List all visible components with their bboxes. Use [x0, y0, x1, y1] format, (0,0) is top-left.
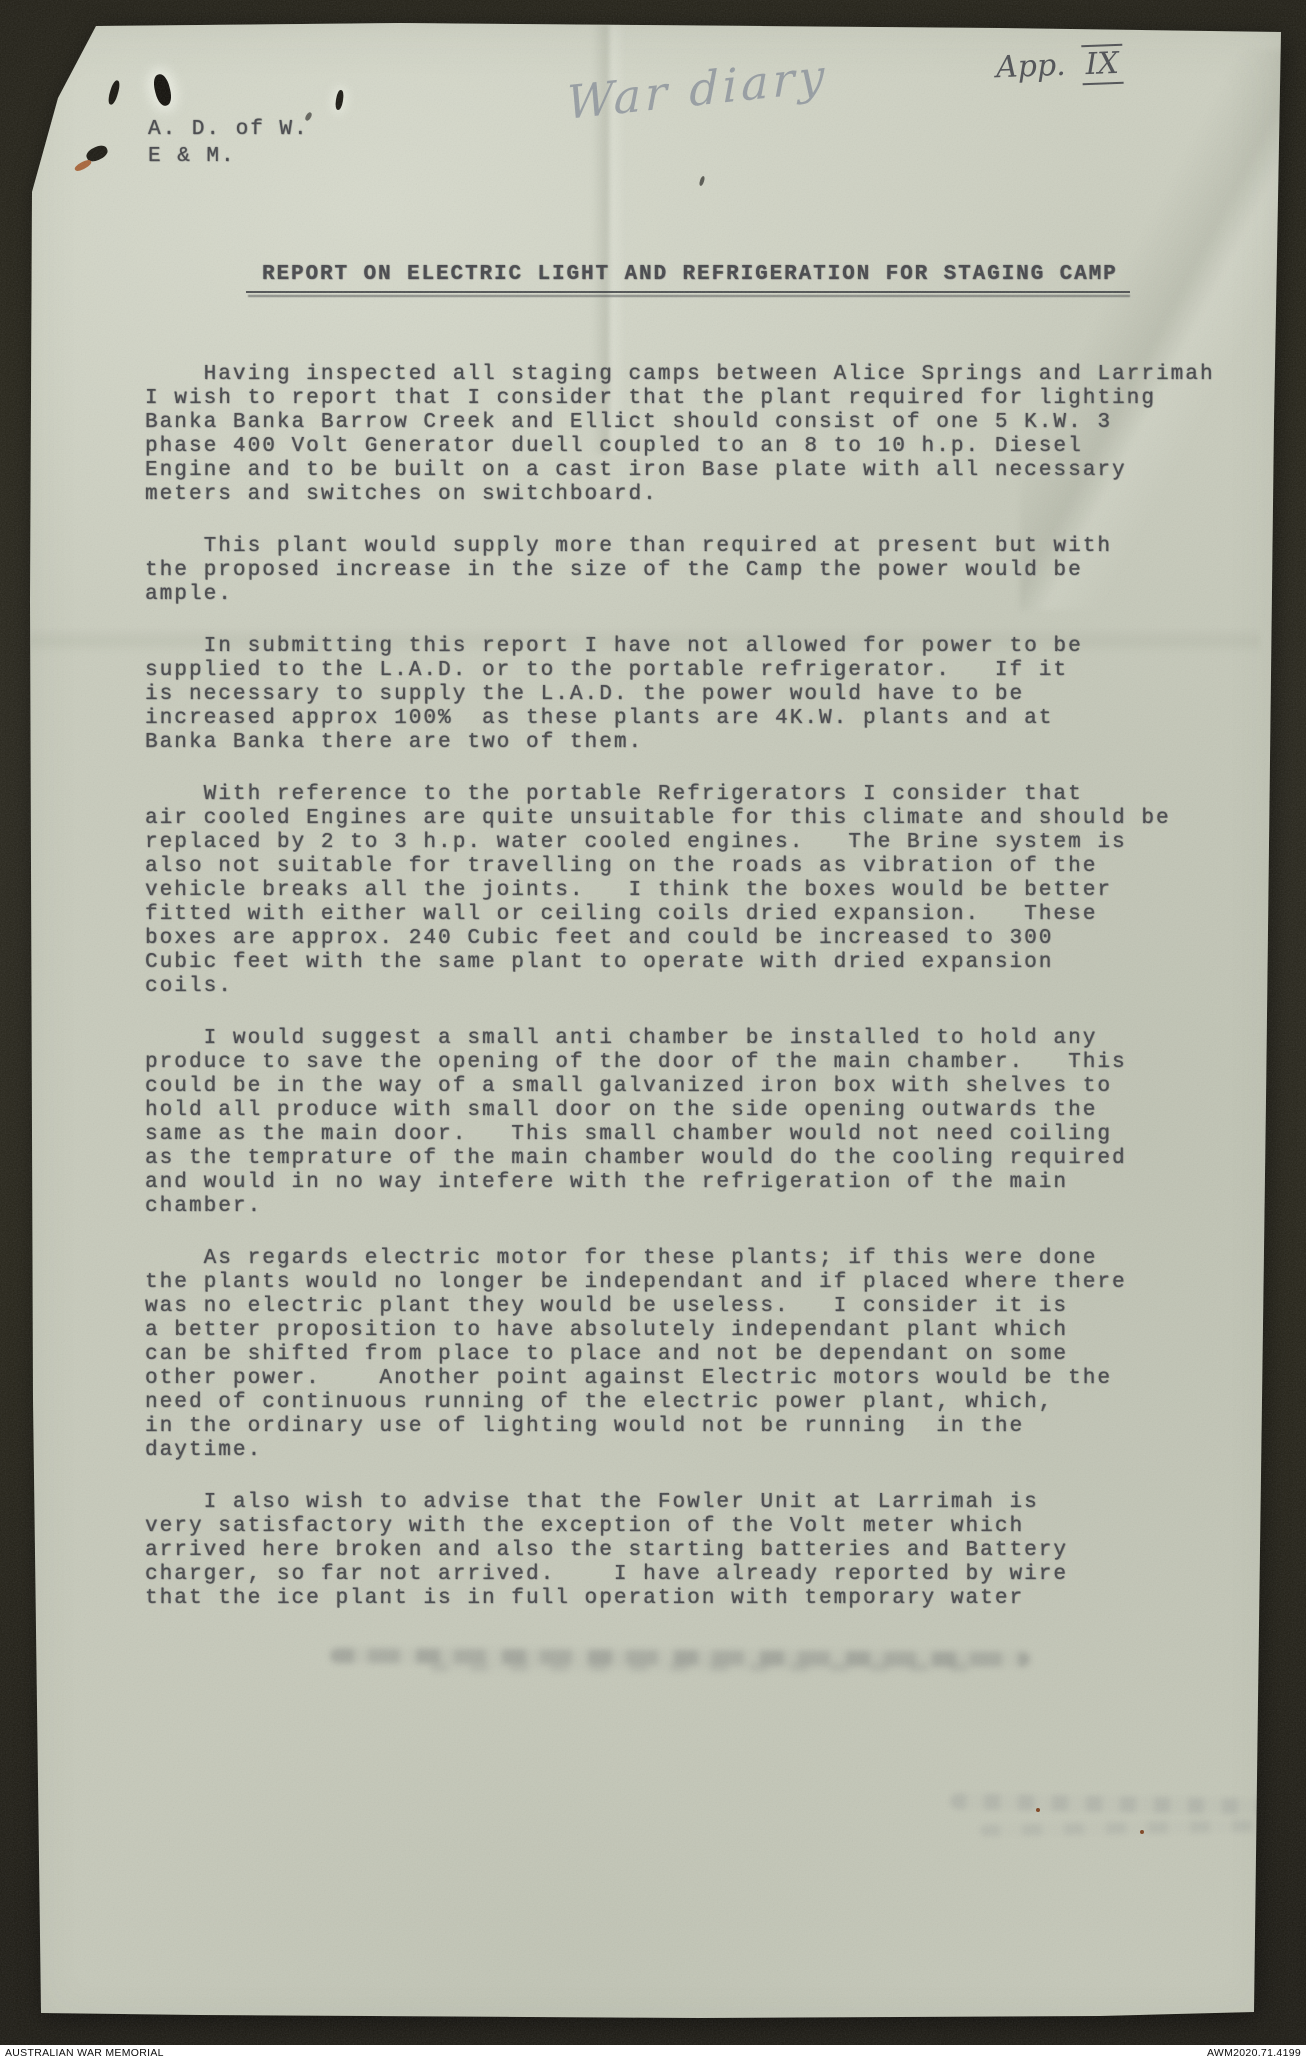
report-paragraph: This plant would supply more than requir… [145, 535, 1215, 607]
report-paragraph: In submitting this report I have not all… [145, 635, 1215, 755]
rust-stain [73, 158, 92, 173]
handwritten-war-diary-note: War diary [567, 48, 828, 130]
paper-hole [151, 73, 173, 108]
report-body: Having inspected all staging camps betwe… [145, 363, 1215, 1639]
rust-stain [1036, 1808, 1040, 1812]
report-title: REPORT ON ELECTRIC LIGHT AND REFRIGERATI… [262, 263, 1118, 286]
rust-stain [1140, 1830, 1144, 1834]
report-paragraph: I would suggest a small anti chamber be … [145, 1027, 1215, 1219]
report-paragraph: As regards electric motor for these plan… [145, 1247, 1215, 1463]
paper-sheet: War diary App.IX A. D. of W. E & M. REPO… [0, 0, 1306, 2061]
appendix-numeral: IX [1081, 44, 1124, 85]
ink-speck [107, 79, 122, 105]
archive-institution: AUSTRALIAN WAR MEMORIAL [5, 2047, 164, 2059]
handwritten-appendix-note: App.IX [995, 44, 1123, 88]
ink-speck [699, 176, 706, 187]
archive-accession-number: AWM2020.71.4199 [1207, 2047, 1301, 2059]
faded-ink-smudge [980, 1819, 1280, 1836]
faded-ink-smudge [330, 1648, 1030, 1667]
faded-ink-smudge [950, 1793, 1270, 1815]
paper-hole [334, 90, 344, 111]
report-paragraph: With reference to the portable Refrigera… [145, 783, 1215, 999]
department-header: A. D. of W. E & M. [148, 116, 309, 170]
report-paragraph: Having inspected all staging camps betwe… [145, 363, 1215, 507]
department-line-1: A. D. of W. [148, 116, 309, 143]
archive-caption-bar: AUSTRALIAN WAR MEMORIAL AWM2020.71.4199 [0, 2045, 1306, 2061]
paper-shadow-wrap: War diary App.IX A. D. of W. E & M. REPO… [0, 0, 1306, 2061]
report-paragraph: I also wish to advise that the Fowler Un… [145, 1491, 1215, 1611]
appendix-prefix: App. [995, 48, 1066, 85]
report-title-underline: REPORT ON ELECTRIC LIGHT AND REFRIGERATI… [246, 263, 1130, 293]
department-line-2: E & M. [148, 143, 309, 170]
faded-ink-smudge [430, 1663, 970, 1672]
scanned-document-page: War diary App.IX A. D. of W. E & M. REPO… [0, 0, 1306, 2061]
